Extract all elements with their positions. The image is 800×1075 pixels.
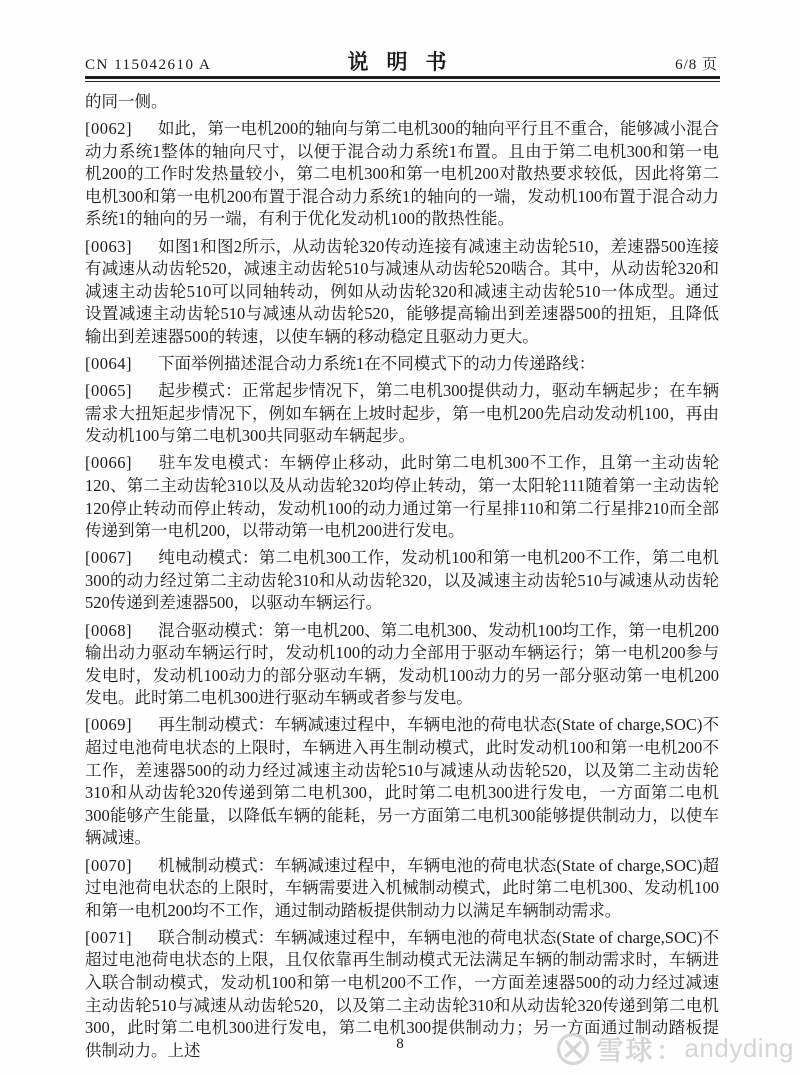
paragraph-number: [0066] bbox=[85, 452, 132, 475]
paragraph-text: 如此，第一电机200的轴向与第二电机300的轴向平行且不重合，能够减小混合动力系… bbox=[85, 119, 719, 228]
continuation-line: 的同一侧。 bbox=[85, 91, 719, 114]
paragraph-0062: [0062]如此，第一电机200的轴向与第二电机300的轴向平行且不重合，能够减… bbox=[85, 118, 719, 231]
paragraph-text: 驻车发电模式：车辆停止移动，此时第二电机300不工作，且第一主动齿轮120、第二… bbox=[85, 453, 719, 540]
xueqiu-watermark: 雪球 ： andyding bbox=[555, 1029, 794, 1068]
paragraph-0070: [0070]机械制动模式：车辆减速过程中，车辆电池的荷电状态(State of … bbox=[85, 855, 719, 923]
watermark-separator: ： bbox=[656, 1031, 680, 1066]
document-body: 的同一侧。 [0062]如此，第一电机200的轴向与第二电机300的轴向平行且不… bbox=[85, 91, 719, 1067]
paragraph-number: [0062] bbox=[85, 118, 132, 141]
paragraph-0065: [0065]起步模式：正常起步情况下，第二电机300提供动力，驱动车辆起步；在车… bbox=[85, 380, 719, 448]
paragraph-number: [0069] bbox=[85, 714, 132, 737]
page-indicator: 6/8 页 bbox=[675, 53, 718, 74]
paragraph-text: 再生制动模式：车辆减速过程中，车辆电池的荷电状态(State of charge… bbox=[85, 715, 719, 847]
paragraph-number: [0071] bbox=[85, 927, 132, 950]
page-header: CN 115042610 A 说明书 6/8 页 bbox=[85, 50, 718, 76]
document-number: CN 115042610 A bbox=[85, 57, 211, 74]
document-title: 说明书 bbox=[339, 46, 465, 76]
paragraph-text: 机械制动模式：车辆减速过程中，车辆电池的荷电状态(State of charge… bbox=[85, 856, 719, 920]
watermark-site-name: 雪球 bbox=[596, 1029, 654, 1068]
paragraph-number: [0070] bbox=[85, 855, 132, 878]
paragraph-number: [0067] bbox=[85, 547, 132, 570]
paragraph-number: [0065] bbox=[85, 380, 132, 403]
paragraph-0066: [0066]驻车发电模式：车辆停止移动，此时第二电机300不工作，且第一主动齿轮… bbox=[85, 452, 719, 542]
paragraph-text: 纯电动模式：第二电机300工作，发动机100和第一电机200不工作，第二电机30… bbox=[85, 548, 719, 612]
paragraph-0064: [0064]下面举例描述混合动力系统1在不同模式下的动力传递路线： bbox=[85, 353, 719, 376]
paragraph-number: [0064] bbox=[85, 353, 132, 376]
patent-specification-page: CN 115042610 A 说明书 6/8 页 的同一侧。 [0062]如此，… bbox=[0, 0, 800, 1075]
paragraph-text: 起步模式：正常起步情况下，第二电机300提供动力，驱动车辆起步；在车辆需求大扭矩… bbox=[85, 381, 719, 445]
xueqiu-logo-icon bbox=[555, 1031, 591, 1067]
paragraph-number: [0068] bbox=[85, 620, 132, 643]
paragraph-0068: [0068]混合驱动模式：第一电机200、第二电机300、发动机100均工作，第… bbox=[85, 620, 719, 710]
paragraph-0067: [0067]纯电动模式：第二电机300工作，发动机100和第一电机200不工作，… bbox=[85, 547, 719, 615]
header-double-rule bbox=[85, 76, 720, 82]
paragraph-0069: [0069]再生制动模式：车辆减速过程中，车辆电池的荷电状态(State of … bbox=[85, 714, 719, 850]
paragraph-text: 混合驱动模式：第一电机200、第二电机300、发动机100均工作，第一电机200… bbox=[85, 621, 719, 708]
paragraph-0063: [0063]如图1和图2所示，从动齿轮320传动连接有减速主动齿轮510，差速器… bbox=[85, 236, 719, 349]
paragraph-text: 下面举例描述混合动力系统1在不同模式下的动力传递路线： bbox=[158, 354, 595, 373]
paragraph-text: 如图1和图2所示，从动齿轮320传动连接有减速主动齿轮510，差速器500连接有… bbox=[85, 237, 719, 346]
paragraph-number: [0063] bbox=[85, 236, 132, 259]
watermark-username: andyding bbox=[684, 1033, 794, 1064]
